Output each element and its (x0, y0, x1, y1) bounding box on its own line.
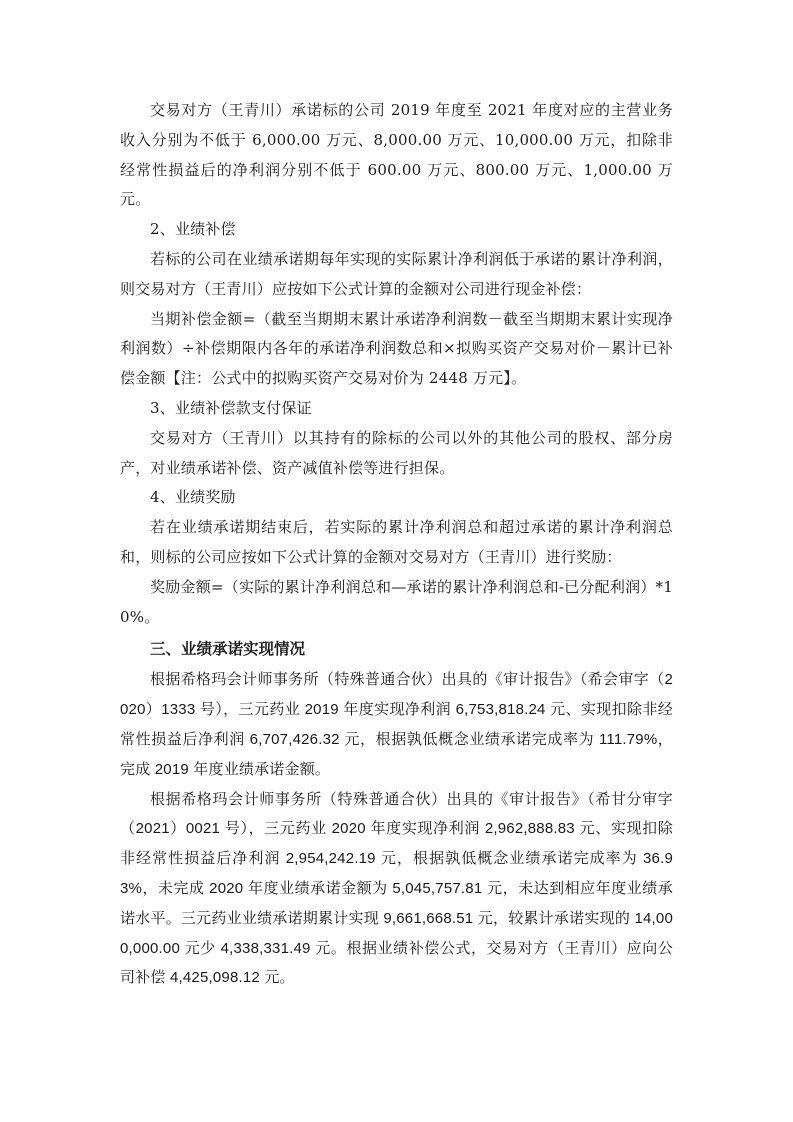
subheading-performance-compensation: 2、业绩补偿 (120, 215, 673, 245)
paragraph-result-2020: 根据希格玛会计师事务所（特殊普通合伙）出具的《审计报告》（希甘分审字（2021）… (120, 785, 673, 994)
paragraph-guarantee: 交易对方（王青川）以其持有的除标的公司以外的其他公司的股权、部分房产，对业绩承诺… (120, 424, 673, 484)
paragraph-reward-condition: 若在业绩承诺期结束后，若实际的累计净利润总和超过承诺的累计净利润总和，则标的公司… (120, 513, 673, 573)
subheading-performance-reward: 4、业绩奖励 (120, 483, 673, 513)
paragraph-reward-formula: 奖励金额=（实际的累计净利润总和—承诺的累计净利润总和-已分配利润）*10%。 (120, 573, 673, 633)
paragraph-compensation-condition: 若标的公司在业绩承诺期每年实现的实际累计净利润低于承诺的累计净利润，则交易对方（… (120, 245, 673, 305)
paragraph-revenue-commitment: 交易对方（王青川）承诺标的公司 2019 年度至 2021 年度对应的主营业务收… (120, 96, 673, 215)
subheading-payment-guarantee: 3、业绩补偿款支付保证 (120, 394, 673, 424)
section-heading: 三、业绩承诺实现情况 (120, 634, 673, 665)
paragraph-result-2019: 根据希格玛会计师事务所（特殊普通合伙）出具的《审计报告》（希会审字（2020）1… (120, 665, 673, 784)
document-page: 交易对方（王青川）承诺标的公司 2019 年度至 2021 年度对应的主营业务收… (120, 96, 673, 993)
paragraph-compensation-formula: 当期补偿金额=（截至当期期末累计承诺净利润数－截至当期期末累计实现净利润数）÷补… (120, 305, 673, 394)
